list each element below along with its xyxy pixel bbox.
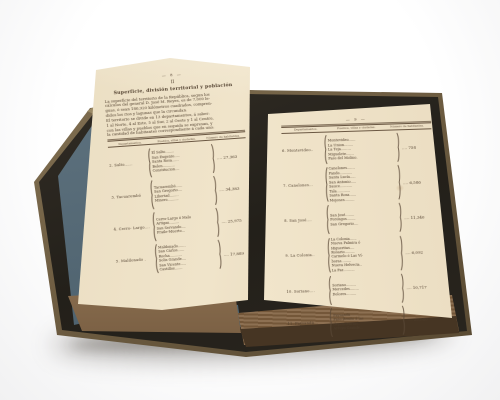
intro-paragraph: La superficie del territorio de la Repúb… [105, 90, 245, 138]
table-row: 11. Paysandú .. Paysandú........ Paso-Be… [287, 304, 438, 339]
town-list: Canelones....... Pando........... Santa … [329, 165, 397, 203]
right-page-text: — 9 — Departamentos. Pueblos, villas y c… [281, 114, 438, 338]
department-name: 3. Tacuarembó [111, 193, 148, 200]
department-name: 4. Cerro- Largo.... [114, 225, 151, 232]
brace-left-icon [149, 180, 154, 210]
town-list: Paysandú........ Paso-Benito á las depen… [333, 311, 401, 331]
population-value: .... 27,363 [216, 153, 247, 160]
col-pueblos: Pueblos, villas y ciudades. [332, 125, 381, 131]
population-value: .... 11,340 [403, 214, 434, 220]
brace-right-icon [213, 175, 218, 205]
table-row: 6. Montevideo.. Montevideo...... La Unio… [282, 132, 433, 167]
population-value: .... 17,889 [222, 250, 253, 257]
population-value: .... 10,717 [405, 284, 436, 290]
town-list: Montevideo...... La Union........ La Tej… [328, 137, 396, 161]
col-habitantes: Número de habitantes. [383, 124, 432, 130]
right-table-body: 6. Montevideo.. Montevideo...... La Unio… [282, 132, 438, 339]
population-value: .... 25,975 [220, 217, 251, 224]
table-row: 8. San José.... San José........ Porongo… [284, 202, 435, 237]
population-value: .... 6,586 [402, 179, 433, 185]
department-name: 9. La Colonia.. [285, 253, 325, 258]
town-list: Soriano......... Mercedes........ Dolore… [332, 281, 399, 297]
brace-left-icon [325, 205, 329, 235]
department-name: 8. San José.... [284, 218, 324, 223]
population-value: .... 25,580 [406, 316, 437, 322]
brace-right-icon [399, 235, 403, 271]
brace-right-icon [401, 305, 405, 335]
col-pueblos: Pueblos, villas y ciudades. [154, 136, 199, 143]
left-table-body: 2. Salto...... El Salto........ San Euge… [108, 141, 254, 277]
brace-right-icon [398, 203, 402, 233]
table-row: 10. Soriano.... Soriano......... Mercede… [286, 272, 437, 307]
brace-right-icon [217, 239, 222, 269]
town-list: Maldonado....... San Cárlos...... Rocha.… [158, 241, 218, 272]
brace-left-icon [326, 237, 330, 273]
population-value: .... 758 [401, 144, 432, 150]
population-value: .... 6,092 [404, 249, 435, 255]
brace-left-icon [328, 307, 332, 337]
photo-of-open-book: — 8 — II Superficie, división territoria… [0, 0, 500, 400]
town-list: El Salto........ San Eugenio..... Santa … [151, 147, 210, 173]
department-name: 10. Soriano.... [286, 288, 326, 293]
brace-right-icon [400, 273, 404, 303]
col-departamentos: Departamentos. [108, 139, 153, 146]
brace-left-icon [323, 135, 327, 165]
brace-left-icon [151, 212, 156, 242]
brace-left-icon [324, 167, 328, 203]
department-name: 6. Montevideo.. [282, 148, 322, 153]
town-list: Tacuarembó...... San Gregorio.... Libert… [154, 181, 213, 203]
brace-right-icon [210, 143, 215, 173]
brace-left-icon [327, 275, 331, 305]
brace-right-icon [396, 133, 400, 163]
population-value: .... 34,383 [218, 185, 249, 192]
left-page-text: — 8 — II Superficie, división territoria… [103, 67, 255, 276]
col-departamentos: Departamentos. [281, 127, 330, 133]
town-list: La Colonia...... Nueva Palmira ó Higueri… [331, 235, 399, 273]
department-name: 5. Maldonado . [116, 257, 153, 264]
department-name: 2. Salto...... [109, 161, 146, 168]
table-row: 7. Canelones... Canelones....... Pando..… [283, 164, 434, 204]
department-name: 11. Paysandú .. [287, 320, 327, 325]
town-list: Cerro-Largo ó Melo Artigas......... San … [156, 214, 215, 236]
department-name: 7. Canelones... [283, 183, 323, 188]
brace-right-icon [215, 207, 220, 237]
town-list: San José........ Porongos........ San Gr… [330, 211, 397, 227]
col-habitantes: Número de habitantes. [201, 133, 246, 140]
brace-right-icon [397, 165, 401, 201]
table-row: 9. La Colonia.. La Colonia...... Nueva P… [285, 234, 436, 274]
